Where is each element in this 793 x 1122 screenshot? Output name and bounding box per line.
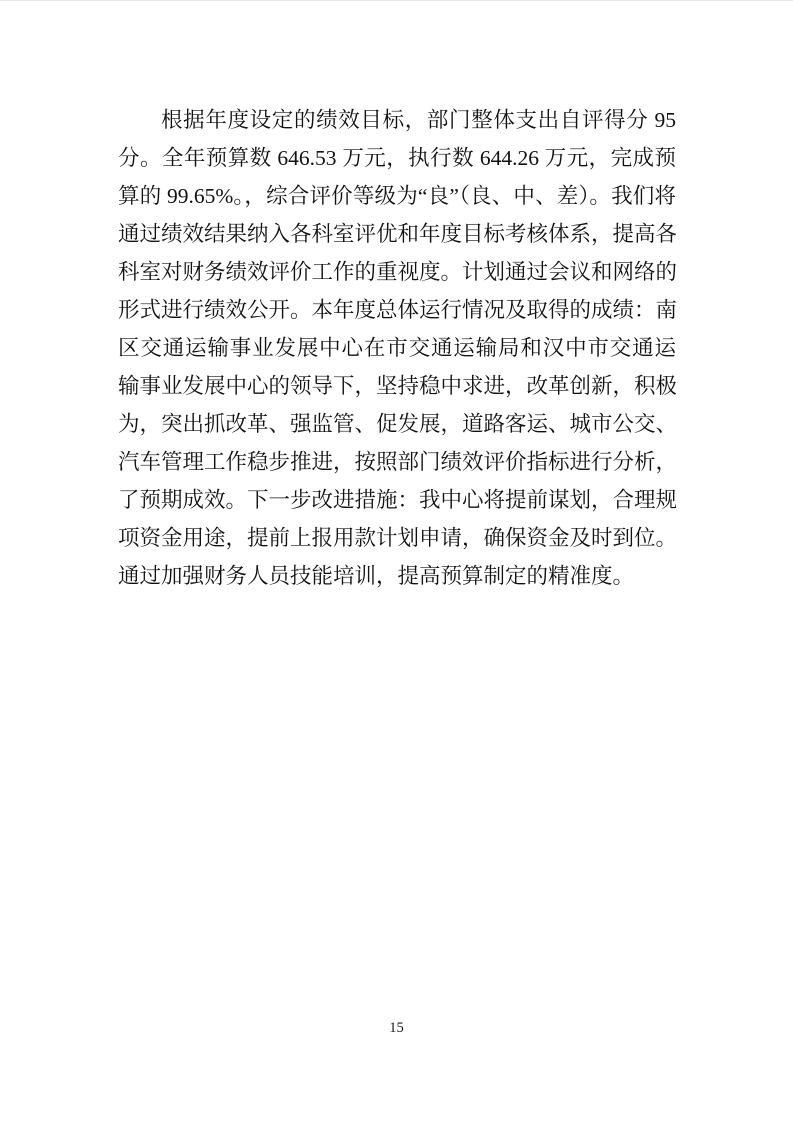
text-line: 输事业发展中心的领导下，坚持稳中求进，改革创新，积极作 [118, 367, 676, 405]
text-line: 为，突出抓改革、强监管、促发展，道路客运、城市公交、出租 [118, 405, 676, 443]
text-line: 形式进行绩效公开。本年度总体运行情况及取得的成绩：南郑 [118, 291, 676, 329]
text-line: 根据年度设定的绩效目标，部门整体支出自评得分 95 [118, 101, 676, 139]
text-line: 了预期成效。下一步改进措施：我中心将提前谋划，合理规划专 [118, 481, 676, 519]
text-line: 项资金用途，提前上报用款计划申请，确保资金及时到位。并将 [118, 519, 676, 557]
text-line: 区交通运输事业发展中心在市交通运输局和汉中市交通运 [118, 329, 676, 367]
text-line: 汽车管理工作稳步推进，按照部门绩效评价指标进行分析，取得 [118, 443, 676, 481]
page-number: 15 [0, 1017, 793, 1039]
text-line: 通过绩效结果纳入各科室评优和年度目标考核体系，提高各 [118, 215, 676, 253]
text-line: 算的 99.65%。，综合评价等级为“良”（良、中、差）。我们将 [118, 177, 676, 215]
text-line: 科室对财务绩效评价工作的重视度。计划通过会议和网络的 [118, 253, 676, 291]
text-line: 通过加强财务人员技能培训，提高预算制定的精准度。 [118, 557, 676, 595]
document-page: 根据年度设定的绩效目标，部门整体支出自评得分 95 分。全年预算数 646.53… [0, 0, 793, 1122]
text-line: 分。全年预算数 646.53 万元，执行数 644.26 万元，完成预 [118, 139, 676, 177]
body-paragraph: 根据年度设定的绩效目标，部门整体支出自评得分 95 分。全年预算数 646.53… [118, 101, 676, 595]
